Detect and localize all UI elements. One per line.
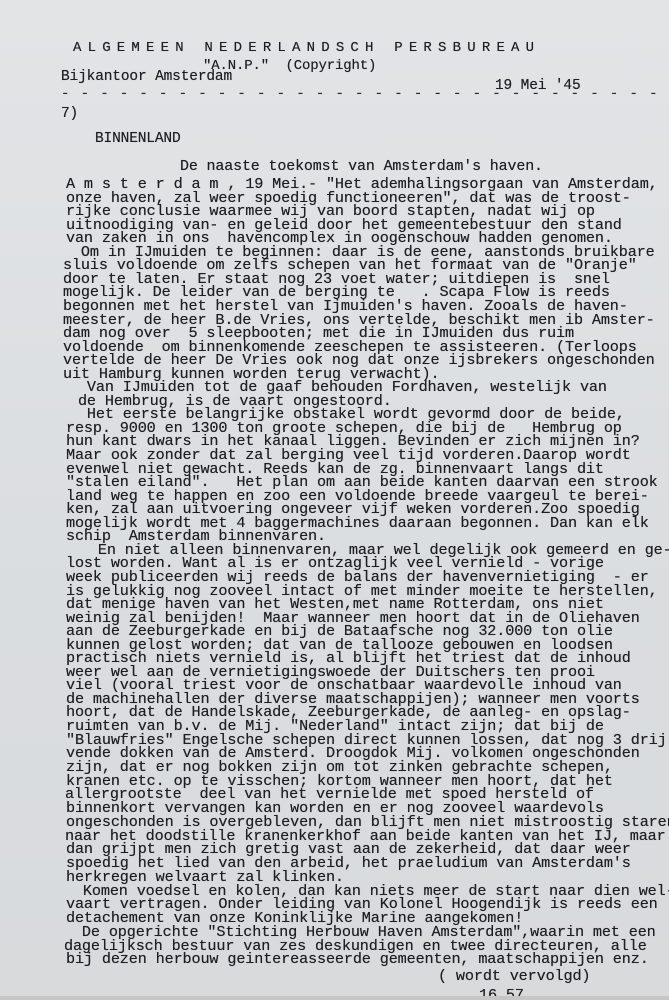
section-label: BINNENLAND [95, 131, 181, 147]
article-title: De naaste toekomst van Amsterdam's haven… [180, 159, 543, 175]
agency-name: ALGEMEEN NEDERLANDSCH PERSBUREAU [73, 40, 540, 56]
telex-page: ALGEMEEN NEDERLANDSCH PERSBUREAU "A.N.P.… [0, 0, 669, 1000]
continuation-note: ( wordt vervolgd) [438, 968, 590, 984]
branch-office: Bijkantoor Amsterdam [61, 69, 232, 85]
paper-bottom-edge [0, 996, 669, 1000]
header-divider: - - - - - - - - - - - - - - - - - - - - … [61, 86, 669, 102]
body-line: bij dezen herbouw geintereasseerde gemee… [66, 951, 649, 967]
item-number: 7) [61, 106, 78, 122]
